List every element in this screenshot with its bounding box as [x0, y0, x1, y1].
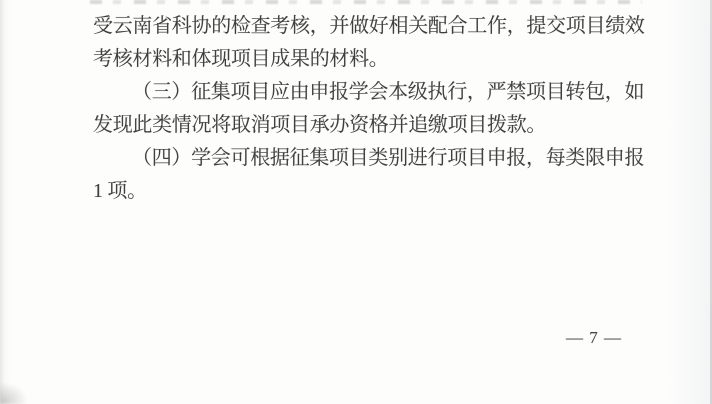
- scan-bottom-smudge: [0, 382, 28, 404]
- page-number: — 7 —: [566, 328, 622, 348]
- scan-right-tint: [664, 0, 710, 404]
- body-line-1: 受云南省科协的检查考核，并做好相关配合工作，提交项目绩效: [93, 10, 649, 43]
- cut-off-text-remnant: [90, 0, 642, 4]
- body-line-6: 1 项。: [93, 175, 649, 208]
- body-line-5: （四）学会可根据征集项目类别进行项目申报，每类限申报: [93, 142, 649, 175]
- body-line-4: 发现此类情况将取消项目承办资格并追缴项目拨款。: [93, 109, 649, 142]
- document-body: 受云南省科协的检查考核，并做好相关配合工作，提交项目绩效 考核材料和体现项目成果…: [93, 10, 649, 208]
- body-line-3: （三）征集项目应由申报学会本级执行，严禁项目转包，如: [93, 76, 649, 109]
- scan-left-edge-noise: [0, 0, 10, 404]
- document-page: 受云南省科协的检查考核，并做好相关配合工作，提交项目绩效 考核材料和体现项目成果…: [0, 0, 712, 404]
- body-line-2: 考核材料和体现项目成果的材料。: [93, 43, 649, 76]
